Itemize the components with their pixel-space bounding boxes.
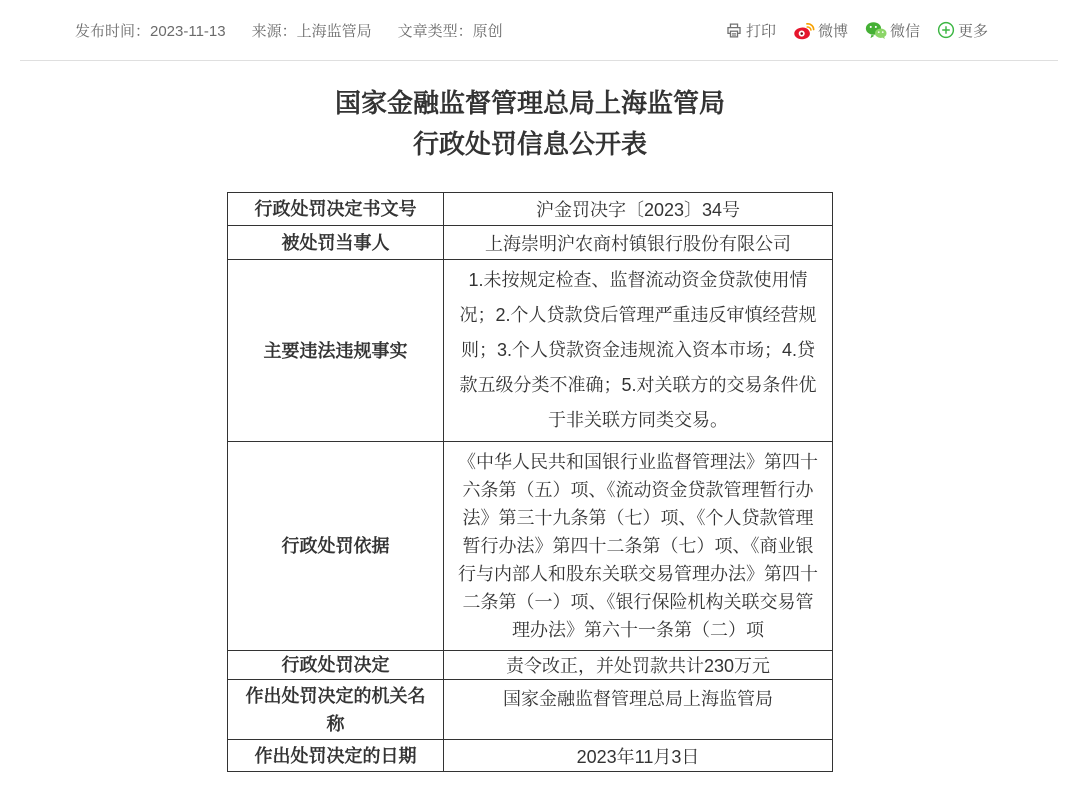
row-label: 作出处罚决定的日期 [228,740,444,772]
row-label: 作出处罚决定的机关名称 [228,680,444,740]
share-wechat-button[interactable]: 微信 [865,20,920,41]
table-row-penalty-basis: 行政处罚依据 《中华人民共和国银行业监督管理法》第四十六条第（五）项、《流动资金… [228,442,833,651]
table-row-penalty-decision: 行政处罚决定 责令改正，并处罚款共计230万元 [228,651,833,680]
plus-circle-icon [937,21,955,39]
page-title-line2: 行政处罚信息公开表 [227,124,833,165]
row-label: 主要违法违规事实 [228,260,444,442]
row-value: 1.未按规定检查、监督流动资金贷款使用情况；2.个人贷款贷后管理严重违反审慎经营… [444,260,833,442]
article-meta-info: 发布时间：2023-11-13 来源：上海监管局 文章类型：原创 [75,20,529,41]
document-content: 国家金融监督管理总局上海监管局 行政处罚信息公开表 行政处罚决定书文号 沪金罚决… [227,83,833,772]
penalty-table: 行政处罚决定书文号 沪金罚决字〔2023〕34号 被处罚当事人 上海崇明沪农商村… [227,192,833,772]
table-row-violation-facts: 主要违法违规事实 1.未按规定检查、监督流动资金贷款使用情况；2.个人贷款贷后管… [228,260,833,442]
row-value: 沪金罚决字〔2023〕34号 [444,193,833,226]
table-row-document-number: 行政处罚决定书文号 沪金罚决字〔2023〕34号 [228,193,833,226]
share-weibo-button[interactable]: 微博 [793,20,848,41]
print-label: 打印 [746,20,776,41]
row-label: 行政处罚决定 [228,651,444,680]
printer-icon [725,22,743,39]
page-title-line1: 国家金融监督管理总局上海监管局 [227,83,833,124]
page-title: 国家金融监督管理总局上海监管局 行政处罚信息公开表 [227,83,833,165]
more-label: 更多 [958,20,988,41]
print-button[interactable]: 打印 [725,20,776,41]
row-label: 被处罚当事人 [228,226,444,260]
article-type-text: 文章类型：原创 [398,20,503,41]
wechat-icon [865,21,887,40]
table-row-decision-date: 作出处罚决定的日期 2023年11月3日 [228,740,833,772]
article-meta-bar: 发布时间：2023-11-13 来源：上海监管局 文章类型：原创 打印 [20,0,1058,61]
table-row-deciding-authority: 作出处罚决定的机关名称 国家金融监督管理总局上海监管局 [228,680,833,740]
row-label: 行政处罚依据 [228,442,444,651]
wechat-label: 微信 [890,20,920,41]
row-value: 国家金融监督管理总局上海监管局 [444,680,833,740]
source-text: 来源：上海监管局 [252,20,372,41]
row-value: 《中华人民共和国银行业监督管理法》第四十六条第（五）项、《流动资金贷款管理暂行办… [444,442,833,651]
row-value: 责令改正，并处罚款共计230万元 [444,651,833,680]
more-share-button[interactable]: 更多 [937,20,988,41]
table-row-punished-party: 被处罚当事人 上海崇明沪农商村镇银行股份有限公司 [228,226,833,260]
publish-time-text: 发布时间：2023-11-13 [75,20,226,41]
weibo-icon [793,21,815,40]
row-value: 2023年11月3日 [444,740,833,772]
row-label: 行政处罚决定书文号 [228,193,444,226]
row-value: 上海崇明沪农商村镇银行股份有限公司 [444,226,833,260]
weibo-label: 微博 [818,20,848,41]
article-page: 发布时间：2023-11-13 来源：上海监管局 文章类型：原创 打印 [0,0,1078,801]
share-actions: 打印 微博 [708,20,988,41]
